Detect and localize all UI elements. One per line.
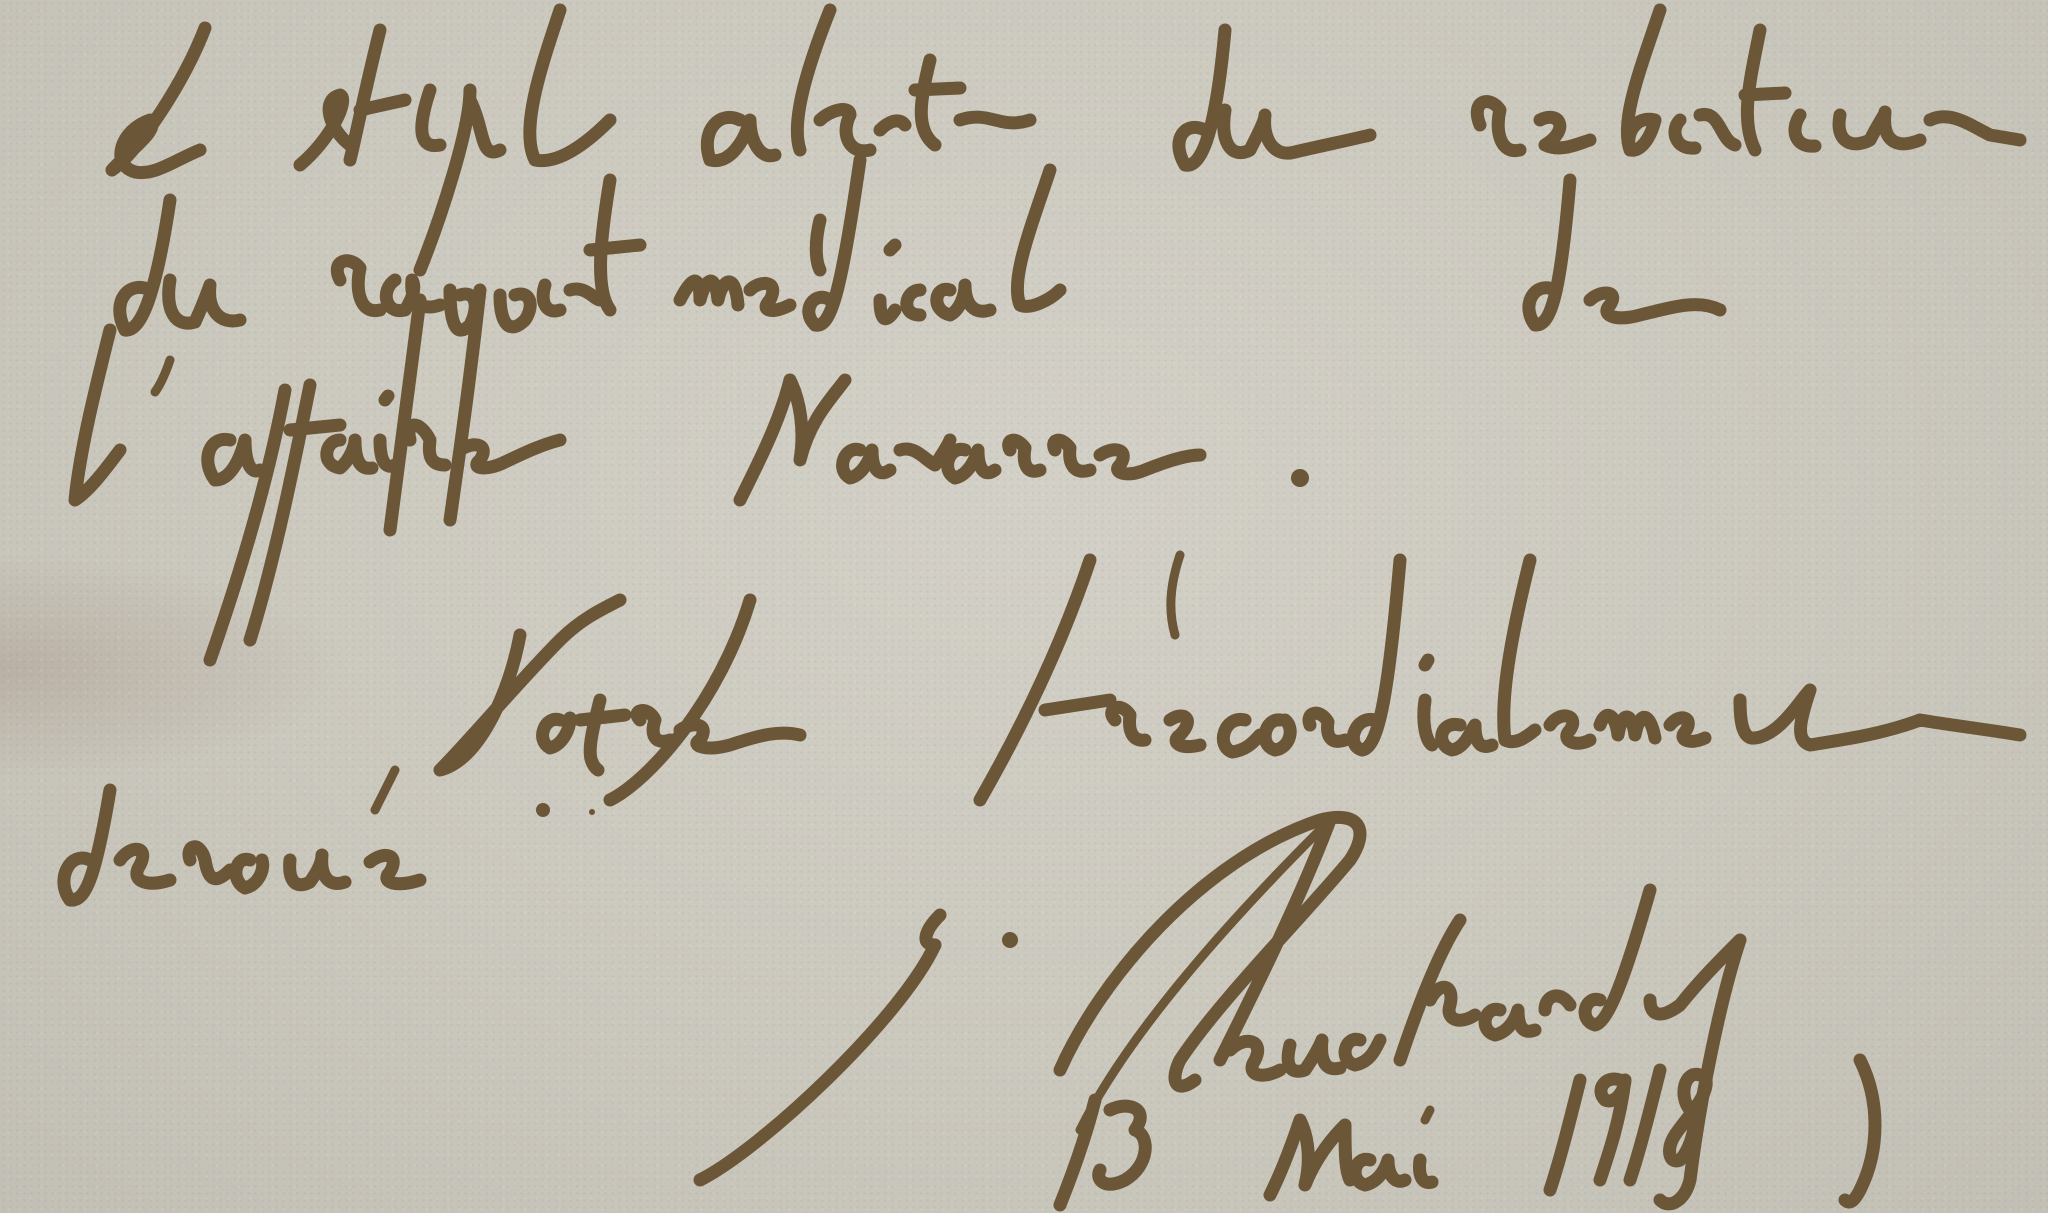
handwritten-line-1 — [112, 10, 2020, 270]
handwritten-line-4 — [440, 555, 2020, 800]
handwritten-line-3 — [75, 330, 1309, 660]
handwriting — [0, 0, 2048, 1213]
handwritten-card: le style alerte du rédacteur du rapport … — [0, 0, 2048, 1213]
handwritten-line-5 — [64, 770, 595, 900]
signature-mark — [700, 817, 1740, 1204]
handwritten-line-2 — [120, 160, 1720, 530]
